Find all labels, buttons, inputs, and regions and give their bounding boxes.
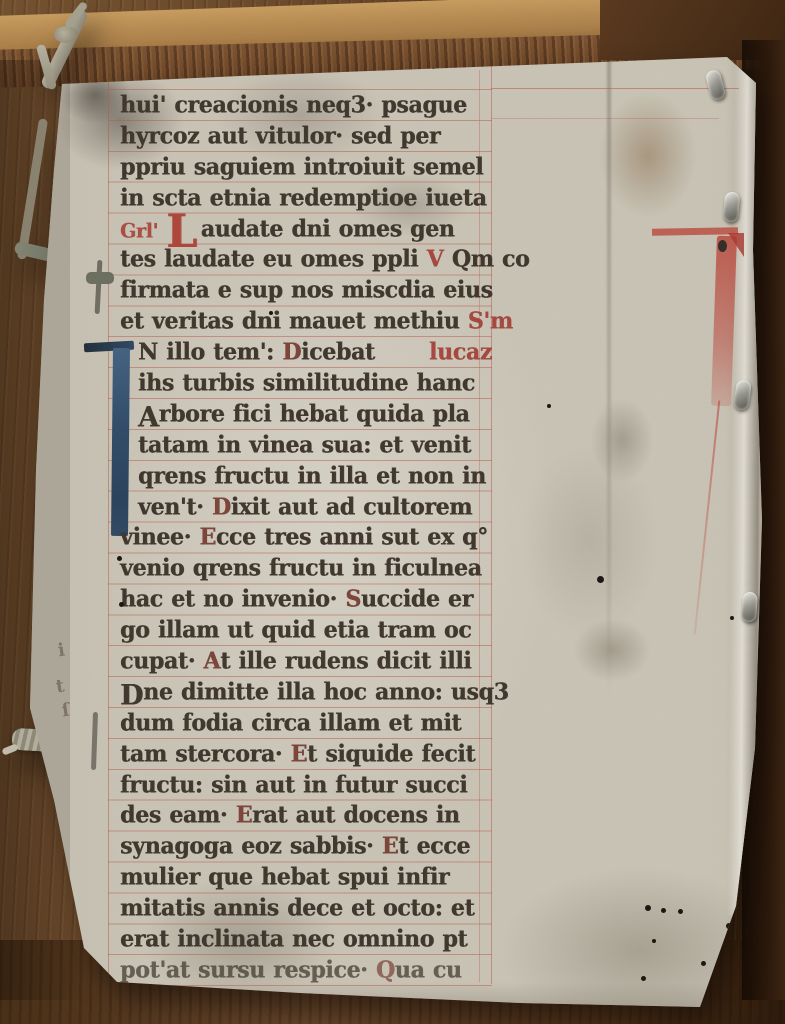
wormhole	[730, 616, 734, 620]
manuscript-book: hui' creacionis neq3· psaguehyrcoz aut v…	[0, 0, 785, 1024]
wormhole	[117, 556, 122, 561]
wormhole	[726, 923, 732, 929]
wormhole	[678, 909, 683, 914]
wormhole	[119, 602, 124, 607]
parchment-texture	[0, 0, 785, 1024]
wormhole	[652, 939, 656, 943]
wormhole	[432, 66, 435, 69]
wormhole	[661, 908, 666, 913]
parchment-cover: hui' creacionis neq3· psaguehyrcoz aut v…	[0, 0, 785, 1024]
sewing-tacket	[741, 592, 758, 623]
tie-cord-knot	[54, 26, 78, 43]
wormhole	[269, 311, 273, 315]
wormhole	[744, 977, 751, 984]
wormhole	[641, 976, 646, 981]
wormhole	[547, 404, 551, 408]
photo-of-manuscript: hui' creacionis neq3· psaguehyrcoz aut v…	[0, 0, 785, 1024]
wormhole	[645, 905, 651, 911]
tie-cord-bottom-fray	[1, 743, 18, 755]
wormhole	[597, 576, 604, 583]
wormhole	[701, 961, 706, 966]
tie-cord-left	[17, 118, 48, 260]
